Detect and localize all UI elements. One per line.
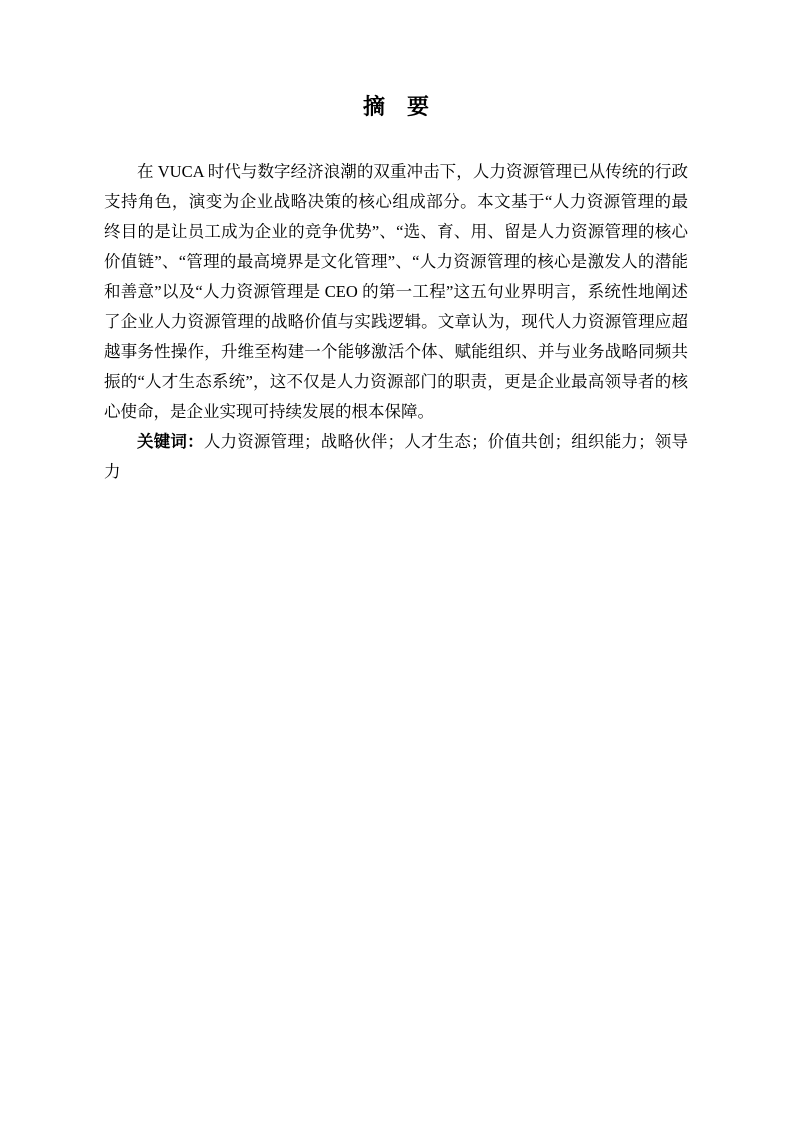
keywords-label: 关键词： [137, 432, 204, 451]
page-title: 摘 要 [104, 92, 688, 122]
page-content: 摘 要 在 VUCA 时代与数字经济浪潮的双重冲击下，人力资源管理已从传统的行政… [104, 0, 688, 487]
document-page: 摘 要 在 VUCA 时代与数字经济浪潮的双重冲击下，人力资源管理已从传统的行政… [0, 0, 793, 1122]
keywords-paragraph: 关键词：人力资源管理；战略伙伴；人才生态；价值共创；组织能力；领导力 [104, 427, 688, 487]
abstract-paragraph: 在 VUCA 时代与数字经济浪潮的双重冲击下，人力资源管理已从传统的行政支持角色… [104, 157, 688, 427]
